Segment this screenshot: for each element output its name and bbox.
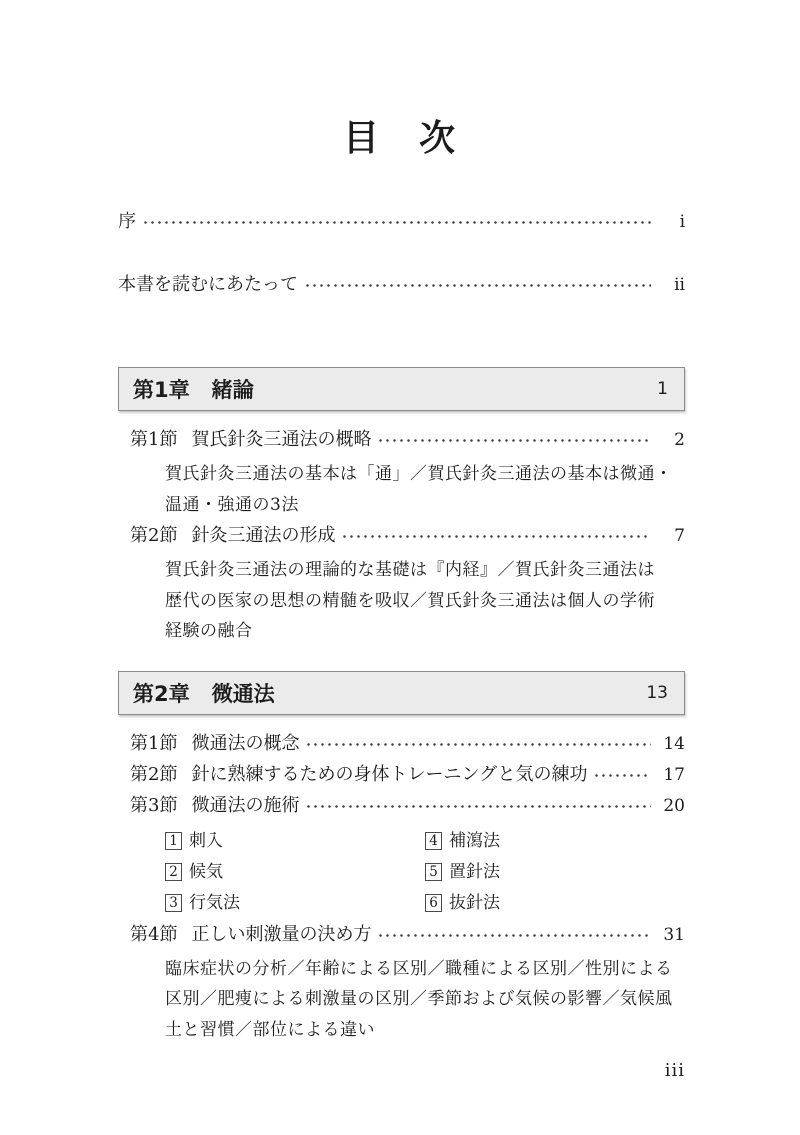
toc-entry-section: 第2節 針灸三通法の形成 7: [130, 521, 685, 551]
list-item: 6 抜針法: [425, 888, 500, 919]
item-label: 刺入: [189, 826, 223, 857]
section-number: 第1節: [130, 729, 177, 759]
item-number-box: 6: [425, 894, 442, 912]
folio-page-number: iii: [665, 1060, 685, 1081]
item-number-box: 2: [165, 863, 182, 881]
section-title: 賀氏針灸三通法の概略: [191, 425, 371, 455]
section-page: 2: [659, 425, 685, 455]
list-item: 4 補瀉法: [425, 826, 500, 857]
procedure-steps-list: 1 刺入 2 候気 3 行気法 4 補瀉法 5: [165, 826, 685, 919]
list-item: 1 刺入: [165, 826, 425, 857]
toc-entry-section: 第3節 微通法の施術 20: [130, 791, 685, 821]
section-description: 臨床症状の分析／年齢による区別／職種による区別／性別による 区別／肥痩による刺激…: [165, 954, 685, 1046]
list-item: 5 置針法: [425, 857, 500, 888]
section-page: 31: [659, 920, 685, 950]
list-column-1: 1 刺入 2 候気 3 行気法: [165, 826, 425, 919]
section-page: 14: [659, 729, 685, 759]
list-item: 2 候気: [165, 857, 425, 888]
description-line: 温通・強通の3法: [165, 490, 685, 521]
chapter-page: 1: [657, 379, 668, 399]
toc-entry-page: ii: [659, 270, 685, 300]
list-item: 3 行気法: [165, 888, 425, 919]
toc-entry-page: i: [659, 207, 685, 237]
chapter-1-header: 第1章 緒論 1: [118, 367, 685, 411]
toc-entry-how-to-read: 本書を読むにあたって ii: [118, 270, 685, 300]
description-line: 経験の融合: [165, 616, 685, 647]
toc-entry-section: 第1節 賀氏針灸三通法の概略 2: [130, 425, 685, 455]
toc-content: 序 i 本書を読むにあたって ii 第1章 緒論 1 第1節 賀氏針灸三通法の概…: [118, 156, 685, 1045]
toc-entry-label: 序: [118, 207, 136, 237]
item-number-box: 3: [165, 894, 182, 912]
section-page: 7: [659, 521, 685, 551]
item-number-box: 4: [425, 832, 442, 850]
toc-entry-preface: 序 i: [118, 207, 685, 237]
section-description: 賀氏針灸三通法の理論的な基礎は『内経』／賀氏針灸三通法は 歴代の医家の思想の精髄…: [165, 555, 685, 647]
description-line: 賀氏針灸三通法の理論的な基礎は『内経』／賀氏針灸三通法は: [165, 555, 685, 586]
chapter-2-header: 第2章 微通法 13: [118, 671, 685, 715]
dot-leader: [377, 431, 651, 449]
description-line: 歴代の医家の思想の精髄を吸収／賀氏針灸三通法は個人の学術: [165, 586, 685, 617]
section-description: 賀氏針灸三通法の基本は「通」／賀氏針灸三通法の基本は微通・ 温通・強通の3法: [165, 459, 685, 520]
chapter-title: 微通法: [212, 678, 647, 708]
dot-leader: [305, 735, 651, 753]
item-label: 候気: [189, 857, 223, 888]
description-line: 臨床症状の分析／年齢による区別／職種による区別／性別による: [165, 954, 685, 985]
dot-leader: [377, 926, 651, 944]
page-title: 目 次: [0, 110, 800, 161]
item-label: 補瀉法: [449, 826, 500, 857]
section-title: 針灸三通法の形成: [191, 521, 335, 551]
toc-entry-label: 本書を読むにあたって: [118, 270, 298, 300]
dot-leader: [593, 766, 651, 784]
item-label: 置針法: [449, 857, 500, 888]
dot-leader: [305, 797, 651, 815]
section-title: 微通法の施術: [191, 791, 299, 821]
item-label: 行気法: [189, 888, 240, 919]
section-title: 針に熟練するための身体トレーニングと気の練功: [191, 760, 587, 790]
toc-entry-section: 第4節 正しい刺激量の決め方 31: [130, 920, 685, 950]
description-line: 土と習慣／部位による違い: [165, 1015, 685, 1046]
toc-entry-section: 第1節 微通法の概念 14: [130, 729, 685, 759]
chapter-number: 第2章: [133, 678, 190, 708]
section-number: 第1節: [130, 425, 177, 455]
section-page: 20: [659, 791, 685, 821]
item-number-box: 1: [165, 832, 182, 850]
dot-leader: [304, 276, 651, 294]
chapter-title: 緒論: [212, 374, 658, 404]
list-column-2: 4 補瀉法 5 置針法 6 抜針法: [425, 826, 500, 919]
dot-leader: [341, 527, 651, 545]
section-title: 正しい刺激量の決め方: [191, 920, 371, 950]
toc-page: 目 次 序 i 本書を読むにあたって ii 第1章 緒論 1 第1節 賀氏針灸三…: [0, 0, 800, 1135]
item-label: 抜針法: [449, 888, 500, 919]
description-line: 区別／肥痩による刺激量の区別／季節および気候の影響／気候風: [165, 984, 685, 1015]
section-number: 第2節: [130, 760, 177, 790]
item-number-box: 5: [425, 863, 442, 881]
section-title: 微通法の概念: [191, 729, 299, 759]
section-number: 第4節: [130, 920, 177, 950]
toc-entry-section: 第2節 針に熟練するための身体トレーニングと気の練功 17: [130, 760, 685, 790]
section-page: 17: [659, 760, 685, 790]
dot-leader: [142, 213, 651, 231]
description-line: 賀氏針灸三通法の基本は「通」／賀氏針灸三通法の基本は微通・: [165, 459, 685, 490]
section-number: 第2節: [130, 521, 177, 551]
section-number: 第3節: [130, 791, 177, 821]
chapter-number: 第1章: [133, 374, 190, 404]
chapter-page: 13: [646, 683, 668, 703]
